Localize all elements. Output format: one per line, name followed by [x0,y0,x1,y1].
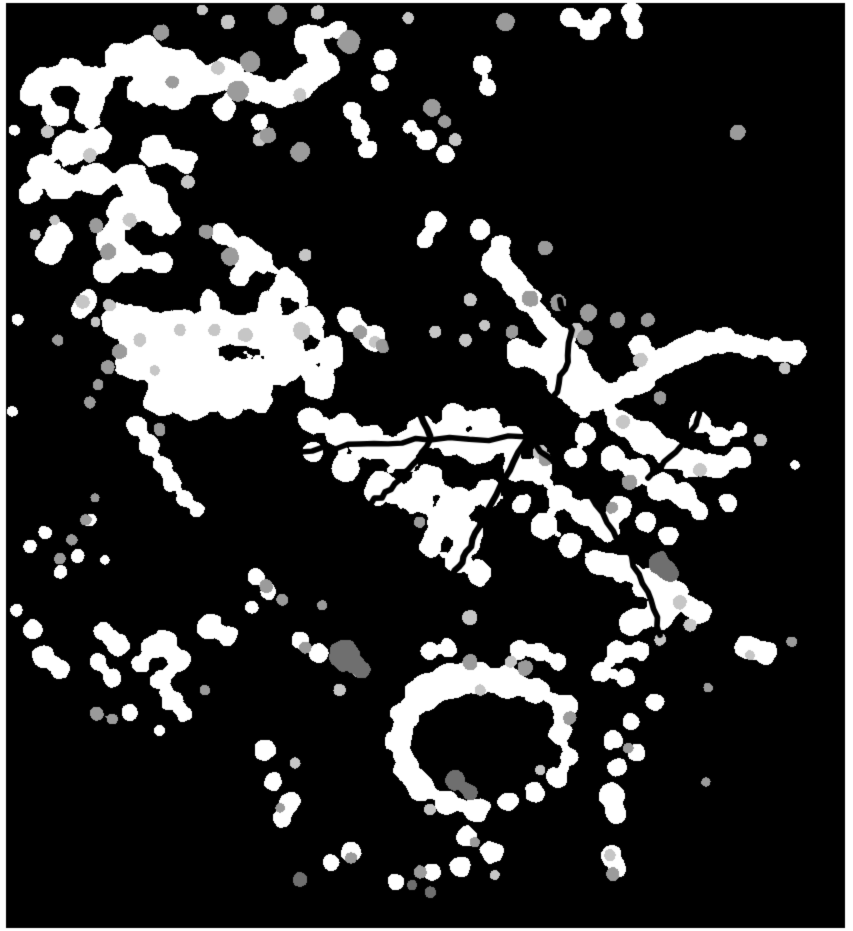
page [0,0,853,931]
segmentation-image-canvas [0,0,853,931]
